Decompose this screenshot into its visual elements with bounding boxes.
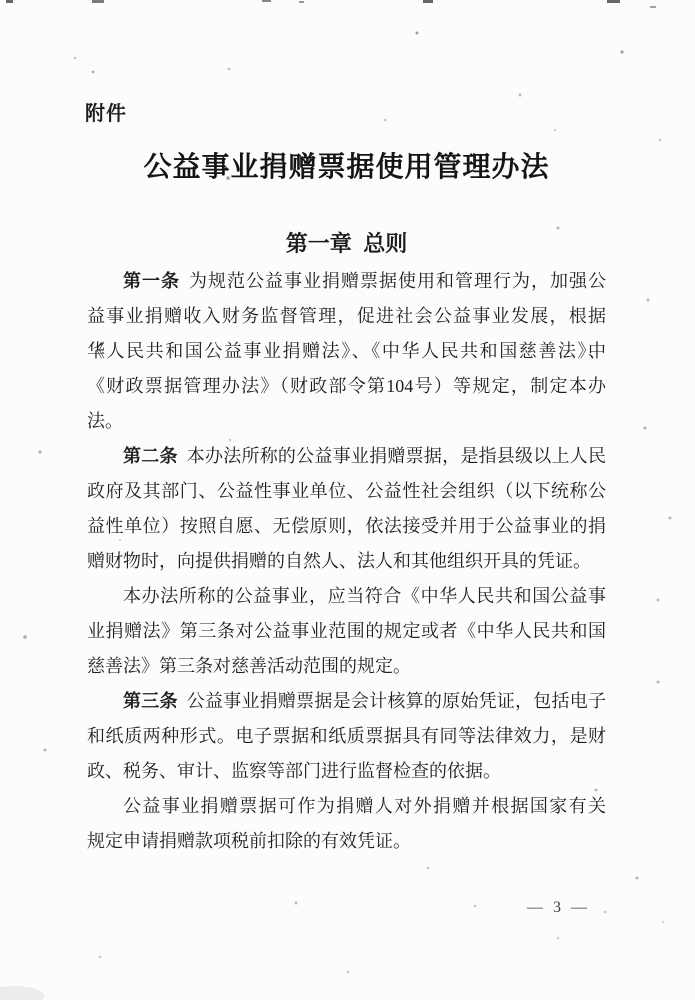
body-line: 业捐赠法》第三条对公益事业范围的规定或者《中华人民共和国 bbox=[87, 614, 606, 649]
body-line: 本办法所称的公益事业，应当符合《中华人民共和国公益事 bbox=[87, 579, 606, 614]
body-line-text: 公益事业捐赠票据是会计核算的原始凭证，包括电子 bbox=[187, 691, 606, 711]
article-number: 第三条 bbox=[123, 691, 178, 711]
body-line: 赠财物时，向提供捐赠的自然人、法人和其他组织开具的凭证。 bbox=[87, 544, 606, 579]
body-line-text: 本办法所称的公益事业捐赠票据，是指县级以上人民 bbox=[187, 446, 606, 466]
page-number: — 3 — bbox=[527, 897, 590, 919]
chapter-heading: 第一章 总则 bbox=[87, 230, 606, 258]
body-line-text: 为规范公益事业捐赠票据使用和管理行为，加强公 bbox=[189, 271, 606, 291]
body-line: 益性单位）按照自愿、无偿原则，依法接受并用于公益事业的捐 bbox=[87, 509, 606, 544]
body-line: 政、税务、审计、监察等部门进行监督检查的依据。 bbox=[87, 754, 606, 789]
body-line: 和纸质两种形式。电子票据和纸质票据具有同等法律效力，是财 bbox=[87, 719, 606, 754]
article-number: 第一条 bbox=[123, 271, 180, 291]
body-line: 第二条本办法所称的公益事业捐赠票据，是指县级以上人民 bbox=[87, 439, 606, 474]
body-line: 慈善法》第三条对慈善活动范围的规定。 bbox=[87, 649, 606, 684]
body-line: 第一条为规范公益事业捐赠票据使用和管理行为，加强公 bbox=[87, 264, 606, 299]
article-number: 第二条 bbox=[123, 446, 178, 466]
body-line: 政府及其部门、公益性事业单位、公益性社会组织（以下统称公 bbox=[87, 474, 606, 509]
document-body: 第一条为规范公益事业捐赠票据使用和管理行为，加强公 益事业捐赠收入财务监督管理，… bbox=[87, 264, 606, 859]
attachment-label: 附件 bbox=[85, 101, 127, 127]
body-line: 华人民共和国公益事业捐赠法》、《中华人民共和国慈善法》、 bbox=[87, 334, 606, 369]
body-line: 第三条公益事业捐赠票据是会计核算的原始凭证，包括电子 bbox=[87, 684, 606, 719]
body-line: 《财政票据管理办法》（财政部令第104号）等规定，制定本办 bbox=[87, 369, 606, 404]
body-line: 法。 bbox=[87, 404, 606, 439]
document-title: 公益事业捐赠票据使用管理办法 bbox=[87, 149, 606, 187]
body-line: 益事业捐赠收入财务监督管理，促进社会公益事业发展，根据《中 bbox=[87, 299, 606, 334]
body-line: 规定申请捐赠款项税前扣除的有效凭证。 bbox=[87, 824, 606, 859]
scanned-document-page: 附件 公益事业捐赠票据使用管理办法 第一章 总则 第一条为规范公益事业捐赠票据使… bbox=[0, 0, 695, 1000]
body-line: 公益事业捐赠票据可作为捐赠人对外捐赠并根据国家有关 bbox=[87, 789, 606, 824]
